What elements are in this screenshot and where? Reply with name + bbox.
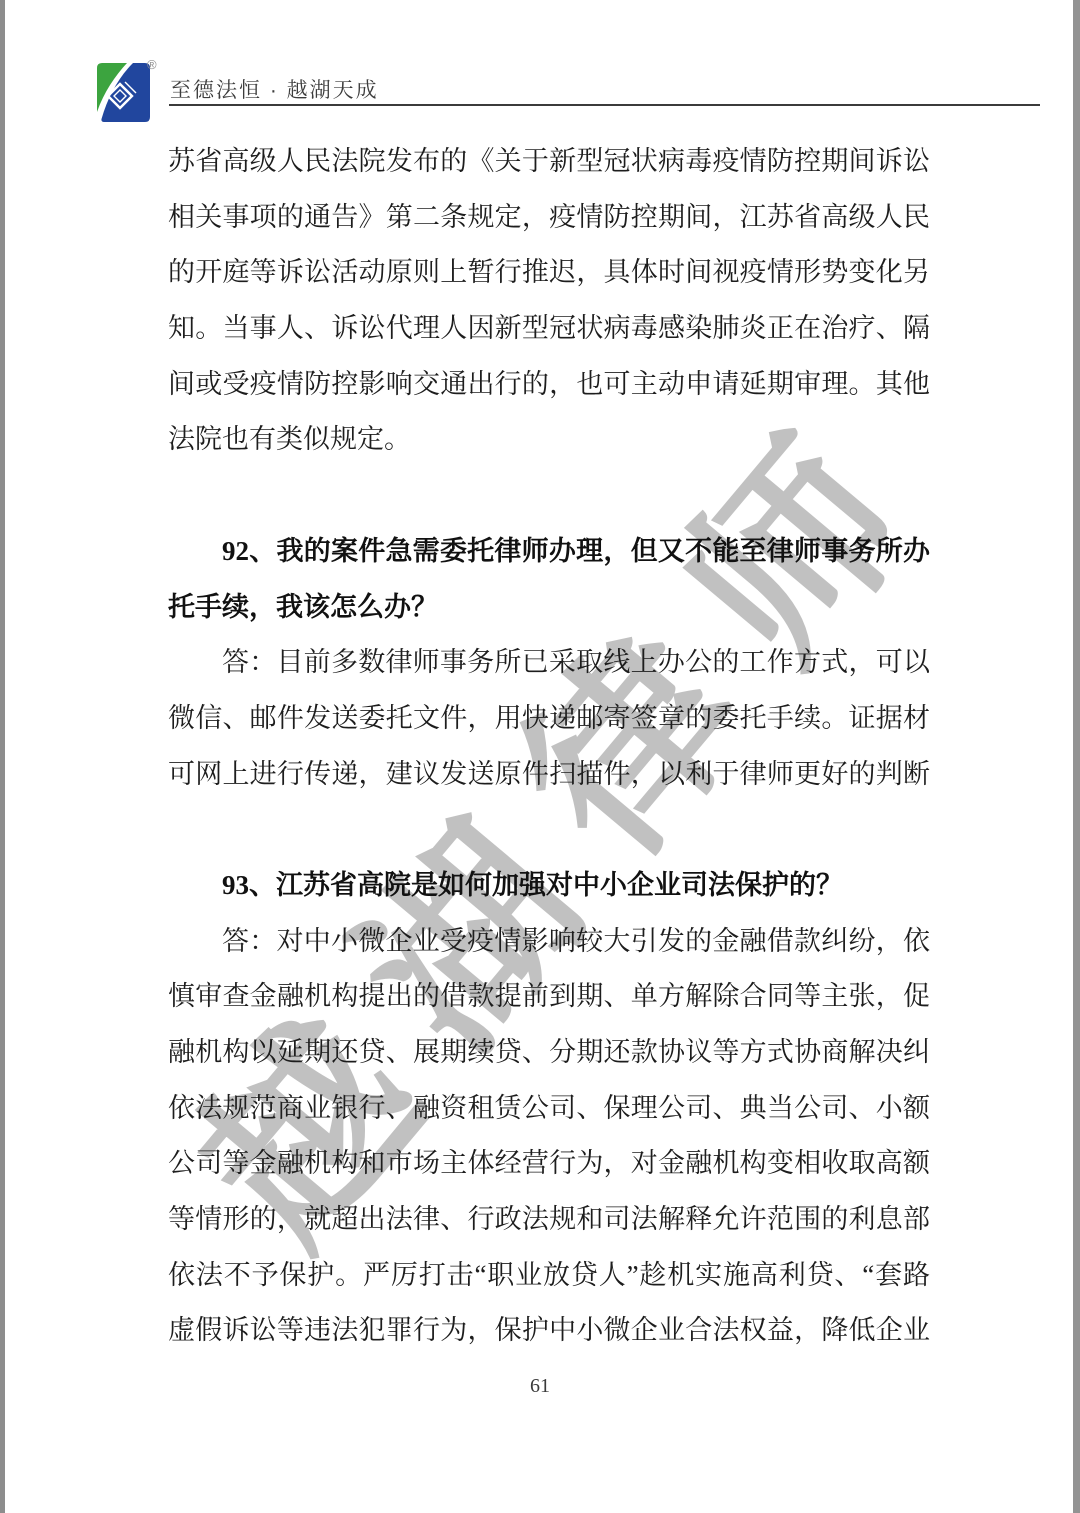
text-line: 等情形的，就超出法律、行政法规和司法解释允许范围的利息部分，	[168, 1192, 930, 1248]
text-line: 的开庭等诉讼活动原则上暂行推迟，具体时间视疫情形势变化另行通	[168, 245, 930, 301]
answer-92: 答：目前多数律师事务所已采取线上办公的工作方式，可以通过微信、邮件发送委托文件，…	[168, 635, 930, 802]
text-line: 微信、邮件发送委托文件，用快递邮寄签章的委托手续。证据材料也	[168, 691, 930, 747]
text-line: 相关事项的通告》第二条规定，疫情防控期间，江苏省高级人民法院	[168, 190, 930, 246]
text-line: 93、江苏省高院是如何加强对中小企业司法保护的？	[168, 858, 930, 914]
law-firm-logo	[96, 63, 150, 122]
text-line: 答：对中小微企业受疫情影响较大引发的金融借款纠纷，依法审	[168, 914, 930, 970]
question-93: 93、江苏省高院是如何加强对中小企业司法保护的？	[168, 858, 930, 914]
page-number: 61	[0, 1375, 1080, 1398]
header-divider	[169, 104, 1040, 106]
brand-slogan: 至德法恒 · 越湖天成	[170, 74, 379, 104]
text-line: 依法规范商业银行、融资租赁公司、保理公司、典当公司、小额贷款	[168, 1081, 930, 1137]
text-line: 慎审查金融机构提出的借款提前到期、单方解除合同等主张，促使金	[168, 969, 930, 1025]
text-line: 知。当事人、诉讼代理人因新型冠状病毒感染肺炎正在治疗、隔离期	[168, 301, 930, 357]
registered-trademark-icon: ®	[147, 57, 157, 72]
scan-edge-right	[1073, 0, 1080, 1513]
paragraph-continuation: 苏省高级人民法院发布的《关于新型冠状病毒疫情防控期间诉讼活动相关事项的通告》第二…	[168, 134, 930, 468]
scan-edge-left	[0, 0, 5, 1513]
text-line: 法院也有类似规定。	[168, 412, 930, 468]
text-line: 92、我的案件急需委托律师办理，但又不能至律师事务所办理委	[168, 524, 930, 580]
text-line: 答：目前多数律师事务所已采取线上办公的工作方式，可以通过	[168, 635, 930, 691]
document-page: ® 至德法恒 · 越湖天成 越湖律师 苏省高级人民法院发布的《关于新型冠状病毒疫…	[0, 0, 1080, 1513]
text-line: 间或受疫情防控影响交通出行的，也可主动申请延期审理。其他各级	[168, 357, 930, 413]
document-body: 苏省高级人民法院发布的《关于新型冠状病毒疫情防控期间诉讼活动相关事项的通告》第二…	[168, 134, 930, 1359]
text-line: 托手续，我该怎么办？	[168, 580, 930, 636]
text-line: 依法不予保护。严厉打击“职业放贷人”趁机实施高利贷、“套路贷”	[168, 1248, 930, 1304]
text-line: 虚假诉讼等违法犯罪行为，保护中小微企业合法权益，降低企业恢复	[168, 1303, 930, 1359]
text-line: 苏省高级人民法院发布的《关于新型冠状病毒疫情防控期间诉讼活动	[168, 134, 930, 190]
text-line: 融机构以延期还贷、展期续贷、分期还款协议等方式协商解决纠纷。	[168, 1025, 930, 1081]
question-92: 92、我的案件急需委托律师办理，但又不能至律师事务所办理委托手续，我该怎么办？	[168, 524, 930, 635]
answer-93: 答：对中小微企业受疫情影响较大引发的金融借款纠纷，依法审慎审查金融机构提出的借款…	[168, 914, 930, 1360]
text-line: 可网上进行传递，建议发送原件扫描件，以利于律师更好的判断证据。	[168, 747, 930, 803]
text-line: 公司等金融机构和市场主体经营行为，对金融机构变相收取高额利息	[168, 1136, 930, 1192]
